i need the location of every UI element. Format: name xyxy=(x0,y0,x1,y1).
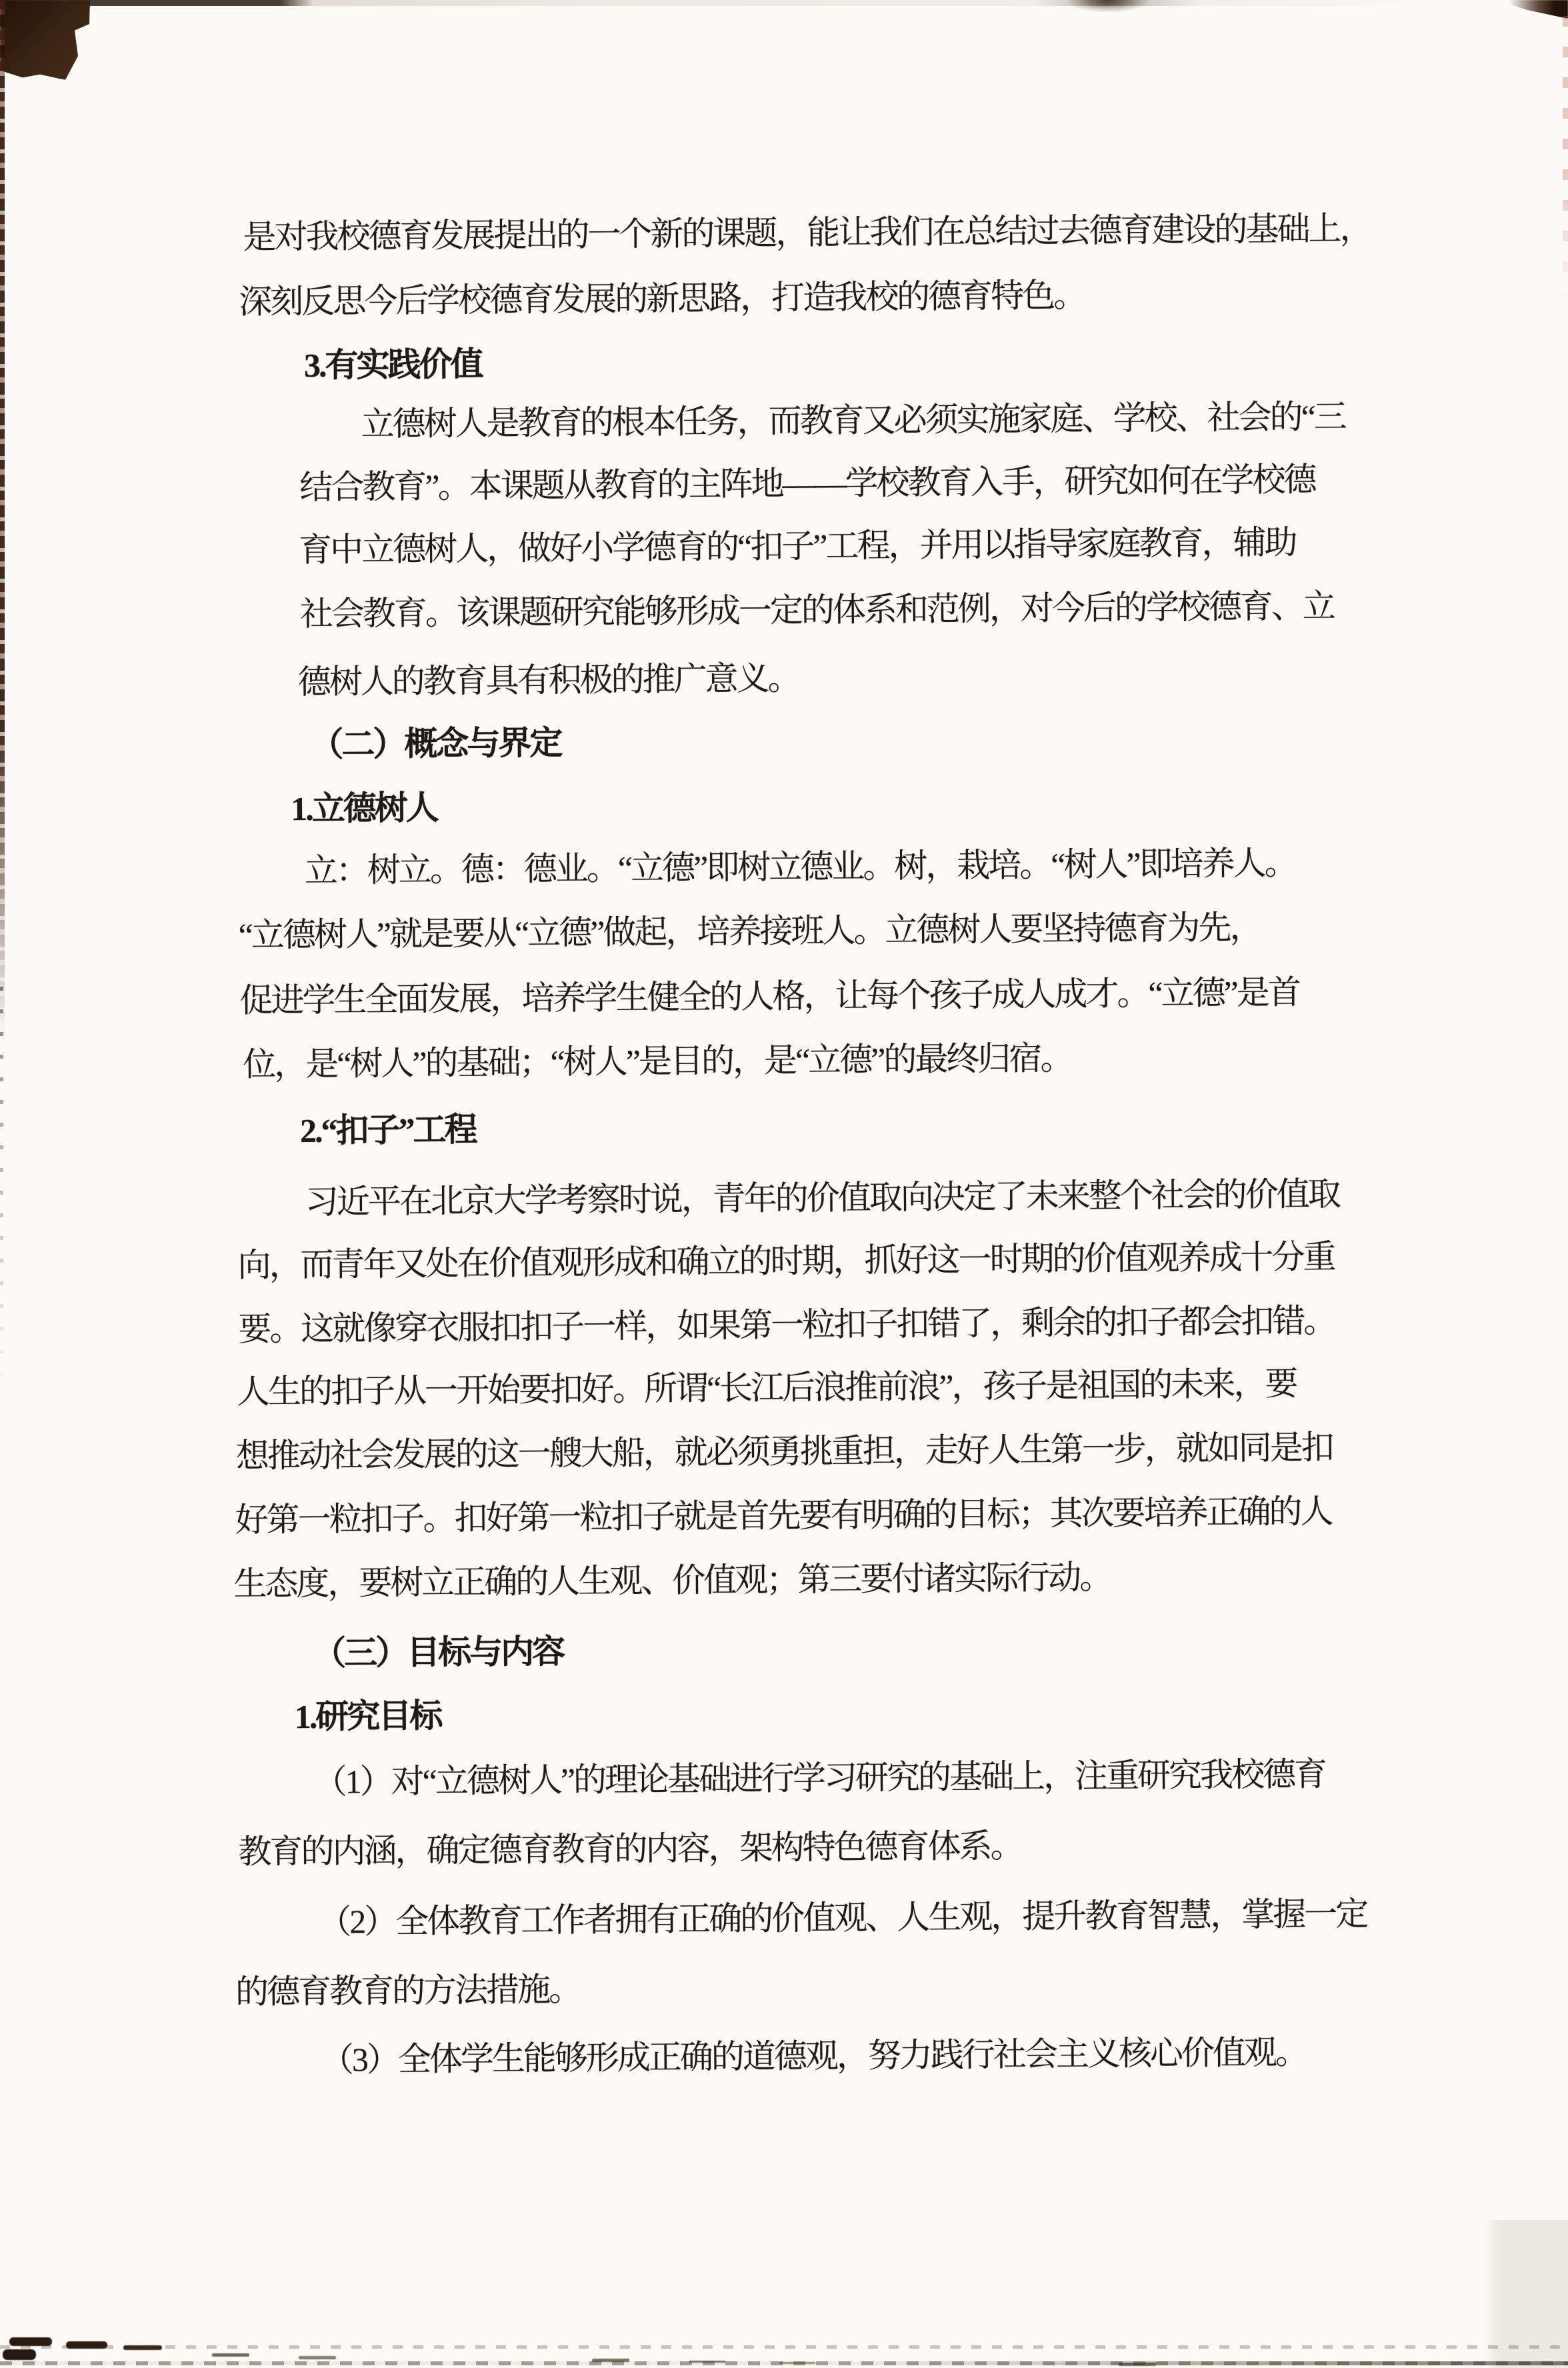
text-line-12: “立德树人”就是要从“立德”做起，培养接班人。立德树人要坚持德育为先， xyxy=(238,908,1261,955)
text-line-14: 位，是“树人”的基础；“树人”是目的，是“立德”的最终归宿。 xyxy=(243,1039,1072,1084)
text-line-18: 要。这就像穿衣服扣扣子一样，如果第一粒扣子扣错了，剩余的扣子都会扣错。 xyxy=(238,1301,1335,1349)
text-line-9: （二）概念与界定 xyxy=(310,723,561,764)
text-line-1: 是对我校德育发展提出的一个新的课题，能让我们在总结过去德育建设的基础上， xyxy=(243,209,1371,256)
text-line-5: 结合教育”。本课题从教育的主阵地——学校教育入手，研究如何在学校德 xyxy=(299,460,1315,507)
text-line-26: 教育的内涵，确定德育教育的内容，架构特色德育体系。 xyxy=(238,1827,1021,1871)
text-line-10: 1.立德树人 xyxy=(291,788,437,828)
text-line-25: （1）对“立德树人”的理论基础进行学习研究的基础上，注重研究我校德育 xyxy=(313,1755,1325,1801)
text-line-11: 立：树立。德：德业。“立德”即树立德业。树，栽培。“树人”即培养人。 xyxy=(305,843,1296,890)
text-line-19: 人生的扣子从一开始要扣好。所谓“长江后浪推前浪”，孩子是祖国的未来，要 xyxy=(237,1364,1297,1411)
text-line-23: （三）目标与内容 xyxy=(313,1632,563,1673)
text-line-7: 社会教育。该课题研究能够形成一定的体系和范例，对今后的学校德育、立 xyxy=(300,587,1334,633)
text-line-28: 的德育教育的方法措施。 xyxy=(235,1970,580,2011)
text-line-3: 3.有实践价值 xyxy=(304,345,482,385)
text-line-6: 育中立德树人，做好小学德育的“扣子”工程，并用以指导家庭教育，辅助 xyxy=(299,523,1296,569)
text-line-24: 1.研究目标 xyxy=(295,1696,441,1736)
text-line-29: （3）全体学生能够形成正确的道德观，努力践行社会主义核心价值观。 xyxy=(321,2033,1307,2079)
text-line-27: （2）全体教育工作者拥有正确的价值观、人生观，提升教育智慧，掌握一定 xyxy=(318,1895,1367,1941)
scanned-document-page: 是对我校德育发展提出的一个新的课题，能让我们在总结过去德育建设的基础上，深刻反思… xyxy=(0,0,1568,2368)
text-line-16: 习近平在北京大学考察时说，青年的价值取向决定了未来整个社会的价值取 xyxy=(305,1175,1339,1221)
text-line-22: 生态度，要树立正确的人生观、价值观；第三要付诸实际行动。 xyxy=(233,1558,1111,1603)
text-line-4: 立德树人是教育的根本任务，而教育又必须实施家庭、学校、社会的“三 xyxy=(361,397,1345,444)
text-line-8: 德树人的教育具有积极的推广意义。 xyxy=(297,659,799,701)
text-line-2: 深刻反思今后学校德育发展的新思路，打造我校的德育特色。 xyxy=(239,276,1085,321)
text-line-20: 想推动社会发展的这一艘大船，就必须勇挑重担，走好人生第一步，就如同是扣 xyxy=(236,1428,1333,1475)
document-text: 是对我校德育发展提出的一个新的课题，能让我们在总结过去德育建设的基础上，深刻反思… xyxy=(0,0,1568,2368)
text-line-13: 促进学生全面发展，培养学生健全的人格，让每个孩子成人成才。“立德”是首 xyxy=(239,973,1299,1019)
scan-artifact-right-edge-streak xyxy=(1563,16,1568,303)
text-line-21: 好第一粒扣子。扣好第一粒扣子就是首先要有明确的目标；其次要培养正确的人 xyxy=(235,1492,1331,1539)
text-line-15: 2.“扣子”工程 xyxy=(300,1110,476,1150)
text-line-17: 向，而青年又处在价值观形成和确立的时期，抓好这一时期的价值观养成十分重 xyxy=(237,1237,1334,1285)
